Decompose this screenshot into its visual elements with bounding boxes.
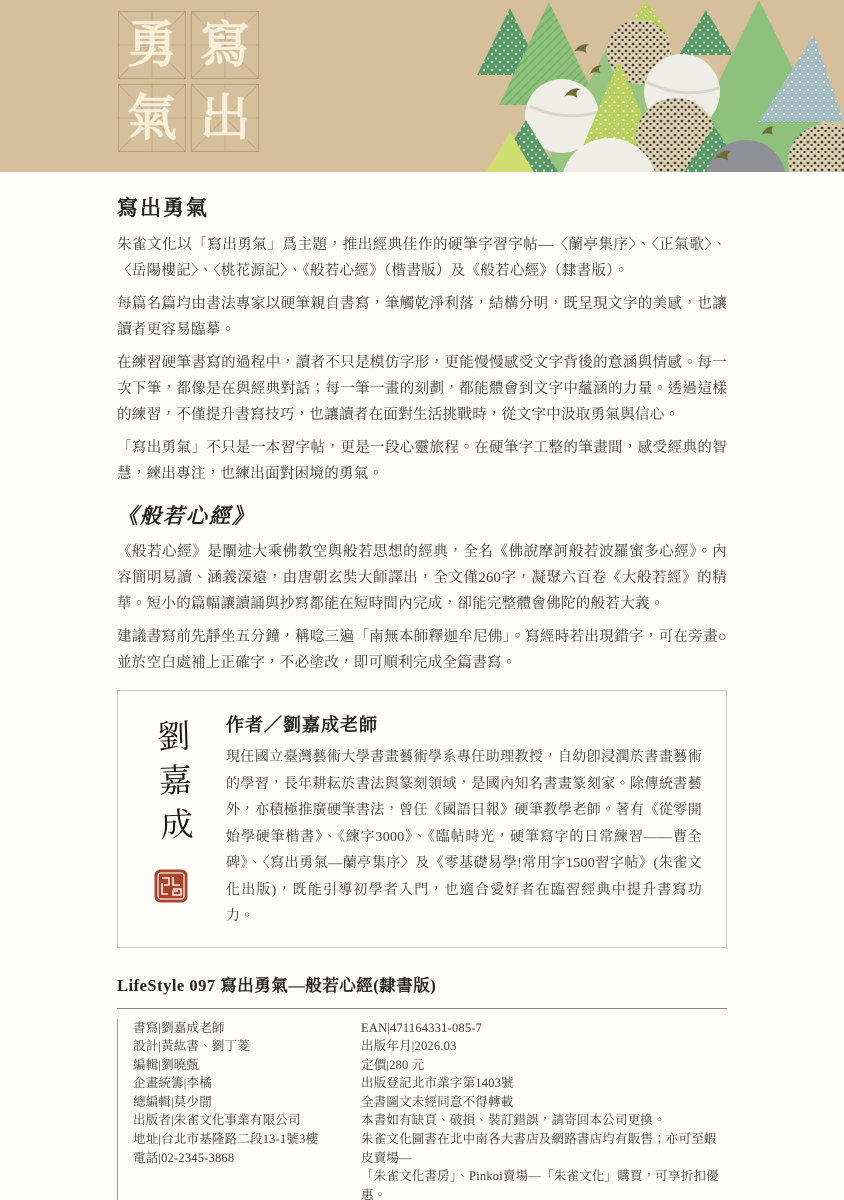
flyer-page: 勇 寫 氣 出 bbox=[0, 0, 844, 1200]
colophon-line: 「朱雀文化書房」、Pinkoi賣場—「朱雀文化」購買，可享折扣優惠。 bbox=[361, 1167, 727, 1200]
colophon-line: 全書圖文未經同意不得轉載 bbox=[361, 1093, 727, 1112]
colophon-line: EAN|471164331-085-7 bbox=[361, 1019, 727, 1038]
artist-seal-icon bbox=[154, 869, 188, 903]
colophon-left-column: 書寫|劉嘉成老師 設計|黃紘書、劉丁菱 編輯|劉曉甄 企畫統籌|李橘 總編輯|莫… bbox=[133, 1019, 361, 1200]
paragraph: 在練習硬筆書寫的過程中，讀者不只是模仿字形，更能慢慢感受文字背後的意涵與情感。每… bbox=[117, 350, 727, 428]
grid-cell-char: 寫 bbox=[191, 11, 259, 79]
author-signature-column: 劉嘉成 bbox=[140, 711, 202, 931]
paragraph: 《般若心經》是闡述大乘佛教空與般若思想的經典，全名《佛說摩訶般若波羅蜜多心經》。… bbox=[117, 539, 727, 617]
grid-cell-char: 出 bbox=[191, 84, 259, 152]
divider-rule bbox=[117, 1008, 727, 1009]
colophon-line: 出版者|朱雀文化事業有限公司 bbox=[133, 1111, 361, 1130]
series-title: LifeStyle 097 寫出勇氣—般若心經(隸書版) bbox=[117, 972, 727, 996]
section-heading-write-courage: 寫出勇氣 bbox=[117, 192, 727, 222]
colophon-line: 地址|台北市基隆路二段13-1號3樓 bbox=[133, 1130, 361, 1149]
colophon-line: 本書如有缺頁、破損、裝訂錯誤，請寄回本公司更換。 bbox=[361, 1111, 727, 1130]
author-signature: 劉嘉成 bbox=[152, 718, 190, 851]
author-box: 劉嘉成 作者／劉嘉成老師 現任國立臺灣藝術大學書畫藝術學系專任助理教授，自幼卽浸… bbox=[117, 690, 727, 948]
colophon-line: 朱雀文化圖書在北中南各大書店及網路書店均有販售；亦可至蝦皮賣場— bbox=[361, 1130, 727, 1167]
paragraph: 每篇名篇均由書法專家以硬筆親自書寫，筆觸乾淨利落，結構分明，既呈現文字的美感，也… bbox=[117, 291, 727, 343]
colophon-right-column: EAN|471164331-085-7 出版年月|2026.03 定價|280 … bbox=[361, 1019, 727, 1200]
section-heading-heart-sutra: 《般若心經》 bbox=[117, 500, 727, 530]
colophon: 書寫|劉嘉成老師 設計|黃紘書、劉丁菱 編輯|劉曉甄 企畫統籌|李橘 總編輯|莫… bbox=[117, 1019, 727, 1200]
colophon-line: 定價|280 元 bbox=[361, 1056, 727, 1075]
colophon-line: 編輯|劉曉甄 bbox=[133, 1056, 361, 1075]
colophon-line: 電話|02-2345-3868 bbox=[133, 1149, 361, 1168]
colophon-line: 出版年月|2026.03 bbox=[361, 1037, 727, 1056]
colophon-line: 出版登記北市業字第1403號 bbox=[361, 1074, 727, 1093]
header-band: 勇 寫 氣 出 bbox=[0, 0, 844, 172]
colophon-line: 企畫統籌|李橘 bbox=[133, 1074, 361, 1093]
forest-illustration bbox=[414, 0, 844, 172]
grid-cell-char: 勇 bbox=[118, 11, 186, 79]
colophon-line: 設計|黃紘書、劉丁菱 bbox=[133, 1037, 361, 1056]
colophon-line: 總編輯|莫少閒 bbox=[133, 1093, 361, 1112]
paragraph: 「寫出勇氣」不只是一本習字帖，更是一段心靈旅程。在硬筆字工整的筆畫間，感受經典的… bbox=[117, 435, 727, 487]
author-heading: 作者／劉嘉成老師 bbox=[226, 711, 702, 737]
main-content: 寫出勇氣 朱雀文化以「寫出勇氣」爲主題，推出經典佳作的硬筆字習字帖—〈蘭亭集序〉… bbox=[0, 172, 844, 1200]
author-bio: 現任國立臺灣藝術大學書畫藝術學系專任助理教授，自幼卽浸潤於書畫藝術的學習，長年耕… bbox=[226, 745, 702, 931]
author-info: 作者／劉嘉成老師 現任國立臺灣藝術大學書畫藝術學系專任助理教授，自幼卽浸潤於書畫… bbox=[226, 711, 702, 931]
paragraph: 建議書寫前先靜坐五分鐘，稱唸三遍「南無本師釋迦牟尼佛」。寫經時若出現錯字，可在旁… bbox=[117, 624, 727, 676]
paragraph: 朱雀文化以「寫出勇氣」爲主題，推出經典佳作的硬筆字習字帖—〈蘭亭集序〉、〈正氣歌… bbox=[117, 232, 727, 284]
colophon-line: 書寫|劉嘉成老師 bbox=[133, 1019, 361, 1038]
practice-grid-title: 勇 寫 氣 出 bbox=[118, 11, 259, 152]
grid-cell-char: 氣 bbox=[118, 84, 186, 152]
